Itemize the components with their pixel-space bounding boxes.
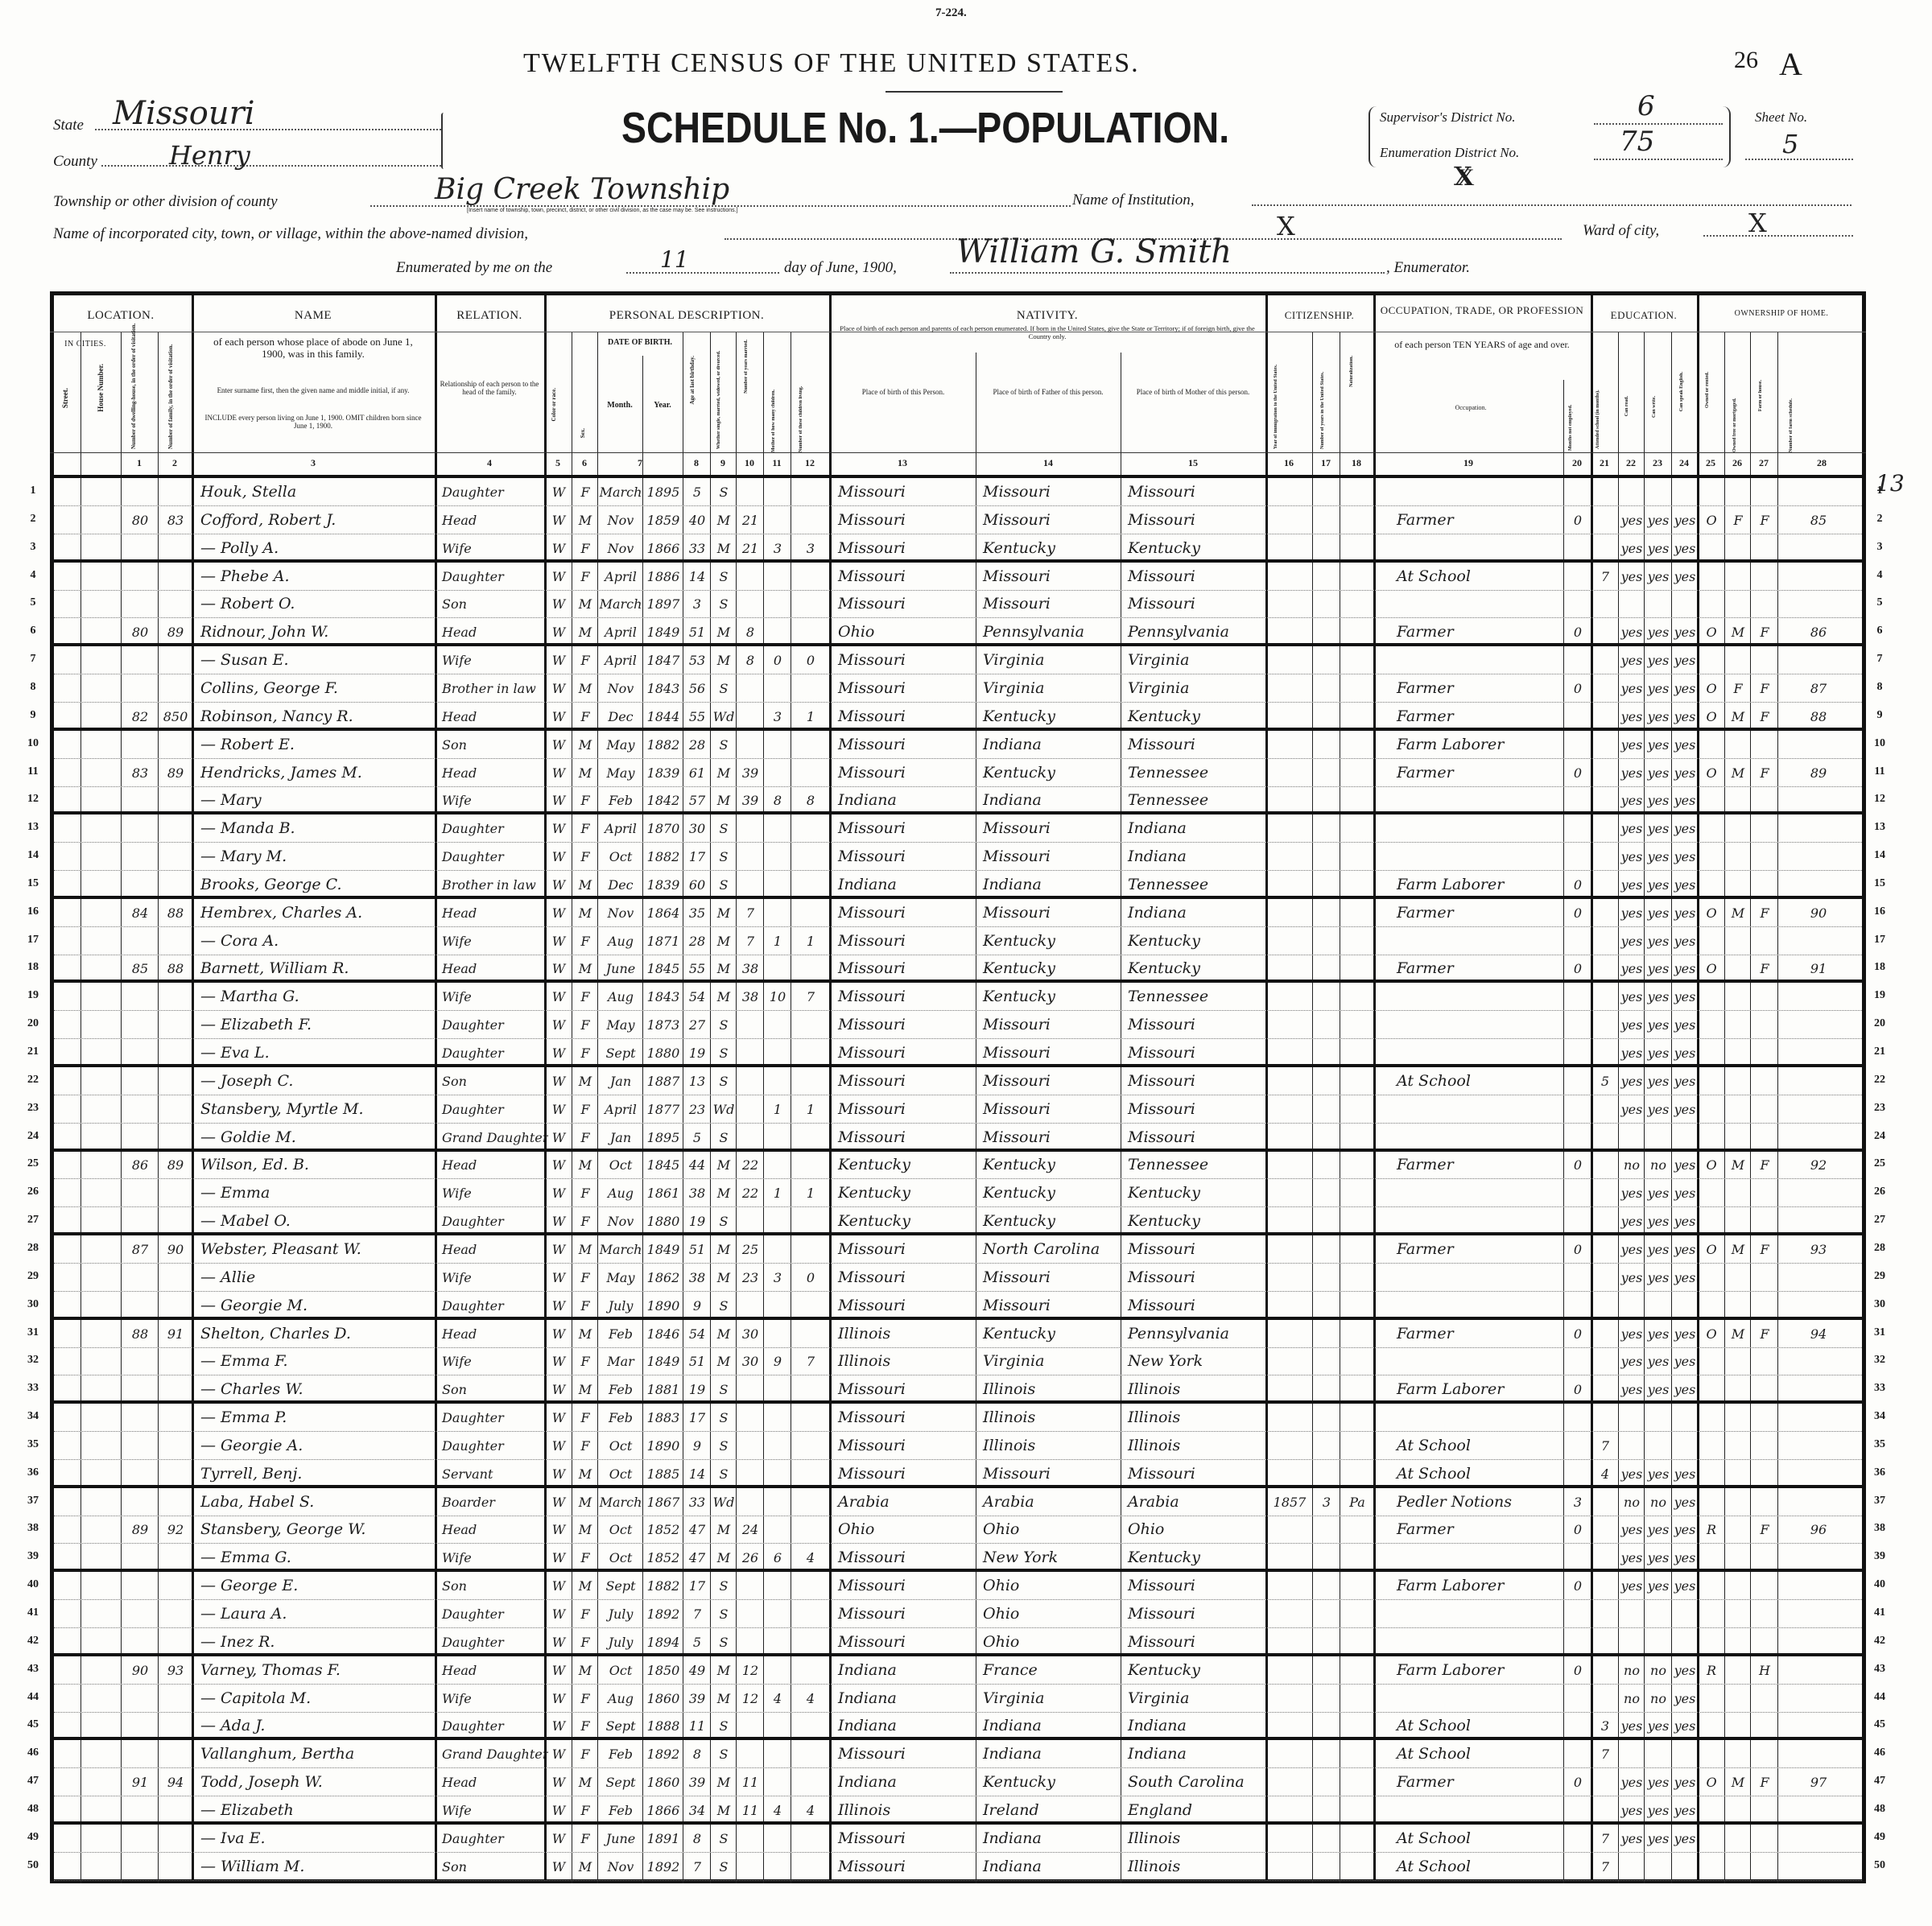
years-in-us[interactable] <box>1313 1517 1340 1542</box>
occupation[interactable] <box>1374 1209 1587 1234</box>
person-name[interactable]: — Goldie M. <box>196 1125 440 1150</box>
family-number[interactable] <box>159 1097 192 1122</box>
dwelling-number[interactable] <box>122 816 159 841</box>
race[interactable]: W <box>545 676 572 701</box>
can-read[interactable]: yes <box>1619 956 1645 981</box>
owned-or-rented[interactable]: O <box>1698 901 1725 926</box>
children-living[interactable]: 7 <box>791 1349 830 1374</box>
dwelling-number[interactable] <box>122 1069 159 1094</box>
farm-schedule-number[interactable] <box>1778 1630 1859 1655</box>
race[interactable]: W <box>545 1462 572 1487</box>
table-row[interactable]: 88 91 Shelton, Charles D. Head W M Feb 1… <box>54 1320 1862 1348</box>
birth-month[interactable]: Feb <box>598 1322 643 1347</box>
naturalization[interactable] <box>1340 1265 1374 1290</box>
speaks-english[interactable] <box>1672 1125 1698 1150</box>
birth-month[interactable]: March <box>598 1237 643 1262</box>
speaks-english[interactable] <box>1672 1433 1698 1458</box>
children-born[interactable] <box>764 1602 791 1627</box>
birth-month[interactable]: July <box>598 1602 643 1627</box>
naturalization[interactable] <box>1340 1153 1374 1177</box>
age[interactable]: 19 <box>683 1209 711 1234</box>
person-name[interactable]: — Mary <box>196 788 440 813</box>
years-married[interactable] <box>737 1405 764 1430</box>
birthplace-person[interactable]: Missouri <box>830 984 983 1009</box>
children-born[interactable] <box>764 816 791 841</box>
person-name[interactable]: — Emma G. <box>196 1545 440 1570</box>
children-born[interactable]: 4 <box>764 1686 791 1711</box>
free-or-mortgaged[interactable] <box>1725 1209 1751 1234</box>
relation[interactable]: Brother in law <box>439 676 548 701</box>
months-unemployed[interactable] <box>1564 1545 1591 1570</box>
age[interactable]: 38 <box>683 1181 711 1206</box>
can-write[interactable]: yes <box>1645 508 1672 533</box>
sex[interactable]: M <box>572 508 598 533</box>
years-in-us[interactable] <box>1313 1041 1340 1066</box>
marital-status[interactable]: S <box>711 480 737 505</box>
age[interactable]: 17 <box>683 844 711 869</box>
can-read[interactable] <box>1619 592 1645 617</box>
birthplace-mother[interactable]: Kentucky <box>1121 929 1273 954</box>
farm-or-house[interactable] <box>1751 564 1778 589</box>
children-living[interactable] <box>791 1770 830 1795</box>
birth-year[interactable]: 1880 <box>643 1041 683 1066</box>
occupation[interactable] <box>1374 1798 1587 1823</box>
family-number[interactable] <box>159 984 192 1009</box>
years-married[interactable]: 7 <box>737 901 764 926</box>
can-read[interactable] <box>1619 1602 1645 1627</box>
age[interactable]: 51 <box>683 620 711 645</box>
table-row[interactable]: 84 88 Hembrex, Charles A. Head W M Nov 1… <box>54 899 1862 927</box>
can-write[interactable]: yes <box>1645 648 1672 673</box>
table-row[interactable]: — William M. Son W M Nov 1892 7 S Missou… <box>54 1853 1862 1881</box>
dwelling-number[interactable] <box>122 1714 159 1738</box>
birthplace-person[interactable]: Missouri <box>830 1854 983 1879</box>
naturalization[interactable] <box>1340 704 1374 729</box>
birth-month[interactable]: May <box>598 1265 643 1290</box>
years-in-us[interactable] <box>1313 1265 1340 1290</box>
naturalization[interactable] <box>1340 536 1374 561</box>
table-row[interactable]: — Mary Wife W F Feb 1842 57 M 39 8 8 Ind… <box>54 786 1862 815</box>
naturalization[interactable] <box>1340 620 1374 645</box>
birth-year[interactable]: 1850 <box>643 1658 683 1683</box>
birth-year[interactable]: 1852 <box>643 1517 683 1542</box>
children-living[interactable] <box>791 1573 830 1598</box>
farm-or-house[interactable]: F <box>1751 1517 1778 1542</box>
can-write[interactable]: yes <box>1645 901 1672 926</box>
birth-year[interactable]: 1892 <box>643 1742 683 1767</box>
occupation[interactable] <box>1374 816 1587 841</box>
marital-status[interactable]: S <box>711 816 737 841</box>
speaks-english[interactable]: yes <box>1672 1209 1698 1234</box>
sheet-field[interactable]: 5 <box>1782 129 1798 159</box>
occupation[interactable] <box>1374 648 1587 673</box>
person-name[interactable]: — Mabel O. <box>196 1209 440 1234</box>
months-unemployed[interactable] <box>1564 1349 1591 1374</box>
owned-or-rented[interactable]: O <box>1698 1153 1725 1177</box>
farm-schedule-number[interactable]: 97 <box>1778 1770 1859 1795</box>
person-name[interactable]: — Eva L. <box>196 1041 440 1066</box>
family-number[interactable]: 850 <box>159 704 192 729</box>
race[interactable]: W <box>545 1349 572 1374</box>
school-months[interactable] <box>1591 761 1619 786</box>
occupation[interactable] <box>1374 788 1587 813</box>
table-row[interactable]: Collins, George F. Brother in law W M No… <box>54 674 1862 703</box>
birthplace-person[interactable]: Missouri <box>830 648 983 673</box>
can-write[interactable] <box>1645 592 1672 617</box>
owned-or-rented[interactable] <box>1698 1125 1725 1150</box>
farm-or-house[interactable] <box>1751 1630 1778 1655</box>
age[interactable]: 14 <box>683 564 711 589</box>
family-number[interactable]: 94 <box>159 1770 192 1795</box>
birthplace-person[interactable]: Missouri <box>830 1405 983 1430</box>
birthplace-father[interactable]: Indiana <box>976 872 1128 897</box>
farm-or-house[interactable] <box>1751 1041 1778 1066</box>
marital-status[interactable]: S <box>711 676 737 701</box>
immigration-year[interactable] <box>1266 1630 1313 1655</box>
age[interactable]: 54 <box>683 984 711 1009</box>
family-number[interactable] <box>159 1462 192 1487</box>
school-months[interactable] <box>1591 1377 1619 1402</box>
farm-or-house[interactable] <box>1751 1293 1778 1318</box>
birthplace-mother[interactable]: Kentucky <box>1121 1181 1273 1206</box>
birthplace-father[interactable]: Missouri <box>976 592 1128 617</box>
dwelling-number[interactable] <box>122 1097 159 1122</box>
speaks-english[interactable]: yes <box>1672 1770 1698 1795</box>
sex[interactable]: F <box>572 1545 598 1570</box>
birth-month[interactable]: May <box>598 1012 643 1037</box>
birthplace-mother[interactable]: Indiana <box>1121 901 1273 926</box>
school-months[interactable] <box>1591 816 1619 841</box>
person-name[interactable]: Cofford, Robert J. <box>196 508 440 533</box>
sex[interactable]: F <box>572 1714 598 1738</box>
birth-month[interactable]: Aug <box>598 929 643 954</box>
farm-schedule-number[interactable] <box>1778 984 1859 1009</box>
race[interactable]: W <box>545 844 572 869</box>
years-in-us[interactable] <box>1313 1798 1340 1823</box>
farm-schedule-number[interactable] <box>1778 1545 1859 1570</box>
birthplace-father[interactable]: Indiana <box>976 1826 1128 1851</box>
owned-or-rented[interactable] <box>1698 480 1725 505</box>
birth-month[interactable]: Feb <box>598 1742 643 1767</box>
years-married[interactable] <box>737 1433 764 1458</box>
marital-status[interactable]: M <box>711 1770 737 1795</box>
occupation[interactable] <box>1374 1097 1587 1122</box>
can-read[interactable]: yes <box>1619 732 1645 757</box>
age[interactable]: 27 <box>683 1012 711 1037</box>
person-name[interactable]: — Charles W. <box>196 1377 440 1402</box>
race[interactable]: W <box>545 1097 572 1122</box>
immigration-year[interactable] <box>1266 1462 1313 1487</box>
free-or-mortgaged[interactable] <box>1725 1265 1751 1290</box>
age[interactable]: 14 <box>683 1462 711 1487</box>
immigration-year[interactable] <box>1266 1349 1313 1374</box>
race[interactable]: W <box>545 1433 572 1458</box>
years-in-us[interactable] <box>1313 1377 1340 1402</box>
owned-or-rented[interactable]: O <box>1698 704 1725 729</box>
free-or-mortgaged[interactable]: F <box>1725 676 1751 701</box>
relation[interactable]: Head <box>439 1322 548 1347</box>
children-born[interactable] <box>764 1012 791 1037</box>
months-unemployed[interactable] <box>1564 1714 1591 1738</box>
sex[interactable]: M <box>572 761 598 786</box>
can-read[interactable]: yes <box>1619 1545 1645 1570</box>
school-months[interactable] <box>1591 536 1619 561</box>
can-write[interactable]: yes <box>1645 1012 1672 1037</box>
children-born[interactable]: 10 <box>764 984 791 1009</box>
person-name[interactable]: — George E. <box>196 1573 440 1598</box>
sex[interactable]: F <box>572 1041 598 1066</box>
school-months[interactable] <box>1591 872 1619 897</box>
birthplace-person[interactable]: Ohio <box>830 1517 983 1542</box>
farm-or-house[interactable] <box>1751 984 1778 1009</box>
marital-status[interactable]: S <box>711 1293 737 1318</box>
farm-schedule-number[interactable] <box>1778 1686 1859 1711</box>
owned-or-rented[interactable] <box>1698 564 1725 589</box>
school-months[interactable] <box>1591 620 1619 645</box>
farm-or-house[interactable] <box>1751 844 1778 869</box>
immigration-year[interactable] <box>1266 1041 1313 1066</box>
free-or-mortgaged[interactable] <box>1725 1293 1751 1318</box>
person-name[interactable]: — Mary M. <box>196 844 440 869</box>
relation[interactable]: Wife <box>439 1545 548 1570</box>
free-or-mortgaged[interactable]: M <box>1725 704 1751 729</box>
birthplace-mother[interactable]: Indiana <box>1121 816 1273 841</box>
age[interactable]: 49 <box>683 1658 711 1683</box>
school-months[interactable] <box>1591 901 1619 926</box>
birth-month[interactable]: Dec <box>598 872 643 897</box>
birthplace-person[interactable]: Missouri <box>830 1630 983 1655</box>
birthplace-mother[interactable]: Tennessee <box>1121 1153 1273 1177</box>
farm-or-house[interactable] <box>1751 1826 1778 1851</box>
family-number[interactable]: 93 <box>159 1658 192 1683</box>
months-unemployed[interactable] <box>1564 1012 1591 1037</box>
children-born[interactable] <box>764 592 791 617</box>
birth-year[interactable]: 1888 <box>643 1714 683 1738</box>
children-born[interactable] <box>764 1153 791 1177</box>
birthplace-person[interactable]: Missouri <box>830 761 983 786</box>
speaks-english[interactable]: yes <box>1672 1658 1698 1683</box>
race[interactable]: W <box>545 1069 572 1094</box>
table-row[interactable]: 86 89 Wilson, Ed. B. Head W M Oct 1845 4… <box>54 1151 1862 1179</box>
age[interactable]: 34 <box>683 1798 711 1823</box>
school-months[interactable] <box>1591 1293 1619 1318</box>
speaks-english[interactable]: yes <box>1672 1041 1698 1066</box>
school-months[interactable] <box>1591 1573 1619 1598</box>
race[interactable]: W <box>545 1153 572 1177</box>
months-unemployed[interactable] <box>1564 816 1591 841</box>
birth-year[interactable]: 1839 <box>643 872 683 897</box>
birthplace-person[interactable]: Missouri <box>830 1433 983 1458</box>
family-number[interactable] <box>159 788 192 813</box>
sex[interactable]: M <box>572 1377 598 1402</box>
can-read[interactable]: yes <box>1619 844 1645 869</box>
immigration-year[interactable] <box>1266 1433 1313 1458</box>
occupation[interactable]: At School <box>1374 564 1587 589</box>
birth-month[interactable]: Nov <box>598 1854 643 1879</box>
farm-schedule-number[interactable] <box>1778 1433 1859 1458</box>
naturalization[interactable] <box>1340 564 1374 589</box>
speaks-english[interactable]: yes <box>1672 761 1698 786</box>
school-months[interactable] <box>1591 676 1619 701</box>
occupation[interactable]: At School <box>1374 1854 1587 1879</box>
farm-schedule-number[interactable] <box>1778 1602 1859 1627</box>
speaks-english[interactable]: yes <box>1672 1349 1698 1374</box>
birth-month[interactable]: Feb <box>598 1405 643 1430</box>
years-married[interactable] <box>737 872 764 897</box>
years-in-us[interactable] <box>1313 1630 1340 1655</box>
family-number[interactable] <box>159 1602 192 1627</box>
birthplace-father[interactable]: Missouri <box>976 1012 1128 1037</box>
speaks-english[interactable]: yes <box>1672 648 1698 673</box>
birth-month[interactable]: Jan <box>598 1069 643 1094</box>
free-or-mortgaged[interactable] <box>1725 956 1751 981</box>
sex[interactable]: M <box>572 592 598 617</box>
dwelling-number[interactable] <box>122 929 159 954</box>
state-field[interactable]: Missouri <box>113 95 255 132</box>
birthplace-person[interactable]: Kentucky <box>830 1153 983 1177</box>
can-write[interactable]: yes <box>1645 956 1672 981</box>
immigration-year[interactable] <box>1266 1209 1313 1234</box>
free-or-mortgaged[interactable] <box>1725 1602 1751 1627</box>
dwelling-number[interactable] <box>122 1012 159 1037</box>
family-number[interactable] <box>159 1181 192 1206</box>
dwelling-number[interactable] <box>122 1209 159 1234</box>
dwelling-number[interactable]: 80 <box>122 620 159 645</box>
birthplace-person[interactable]: Indiana <box>830 1686 983 1711</box>
years-married[interactable]: 39 <box>737 761 764 786</box>
years-married[interactable] <box>737 1490 764 1515</box>
free-or-mortgaged[interactable] <box>1725 536 1751 561</box>
birthplace-mother[interactable]: Missouri <box>1121 1573 1273 1598</box>
free-or-mortgaged[interactable] <box>1725 1041 1751 1066</box>
sex[interactable]: F <box>572 1798 598 1823</box>
birth-year[interactable]: 1894 <box>643 1630 683 1655</box>
farm-or-house[interactable] <box>1751 788 1778 813</box>
family-number[interactable] <box>159 1798 192 1823</box>
birthplace-father[interactable]: Missouri <box>976 508 1128 533</box>
dwelling-number[interactable] <box>122 1742 159 1767</box>
school-months[interactable]: 7 <box>1591 1854 1619 1879</box>
marital-status[interactable]: S <box>711 1462 737 1487</box>
sex[interactable]: F <box>572 1125 598 1150</box>
speaks-english[interactable]: yes <box>1672 508 1698 533</box>
table-row[interactable]: Laba, Habel S. Boarder W M March 1867 33… <box>54 1488 1862 1516</box>
speaks-english[interactable]: yes <box>1672 872 1698 897</box>
birthplace-father[interactable]: Missouri <box>976 564 1128 589</box>
free-or-mortgaged[interactable] <box>1725 1573 1751 1598</box>
farm-schedule-number[interactable] <box>1778 1293 1859 1318</box>
months-unemployed[interactable] <box>1564 929 1591 954</box>
relation[interactable]: Daughter <box>439 844 548 869</box>
person-name[interactable]: — Elizabeth F. <box>196 1012 440 1037</box>
table-row[interactable]: 91 94 Todd, Joseph W. Head W M Sept 1860… <box>54 1768 1862 1796</box>
family-number[interactable]: 83 <box>159 508 192 533</box>
age[interactable]: 56 <box>683 676 711 701</box>
farm-schedule-number[interactable] <box>1778 816 1859 841</box>
birthplace-mother[interactable]: Missouri <box>1121 1125 1273 1150</box>
months-unemployed[interactable] <box>1564 648 1591 673</box>
children-born[interactable] <box>764 761 791 786</box>
farm-or-house[interactable] <box>1751 1349 1778 1374</box>
school-months[interactable]: 7 <box>1591 1742 1619 1767</box>
speaks-english[interactable]: yes <box>1672 564 1698 589</box>
immigration-year[interactable] <box>1266 984 1313 1009</box>
naturalization[interactable] <box>1340 1349 1374 1374</box>
age[interactable]: 11 <box>683 1714 711 1738</box>
months-unemployed[interactable] <box>1564 1209 1591 1234</box>
farm-schedule-number[interactable] <box>1778 1462 1859 1487</box>
sex[interactable]: M <box>572 1237 598 1262</box>
sex[interactable]: M <box>572 1153 598 1177</box>
months-unemployed[interactable] <box>1564 732 1591 757</box>
family-number[interactable] <box>159 1349 192 1374</box>
family-number[interactable] <box>159 1686 192 1711</box>
occupation[interactable] <box>1374 1686 1587 1711</box>
free-or-mortgaged[interactable] <box>1725 1798 1751 1823</box>
sex[interactable]: M <box>572 676 598 701</box>
age[interactable]: 19 <box>683 1041 711 1066</box>
birthplace-mother[interactable]: Illinois <box>1121 1854 1273 1879</box>
free-or-mortgaged[interactable] <box>1725 1181 1751 1206</box>
birth-month[interactable]: Oct <box>598 1153 643 1177</box>
family-number[interactable] <box>159 872 192 897</box>
naturalization[interactable] <box>1340 1237 1374 1262</box>
family-number[interactable] <box>159 1265 192 1290</box>
can-write[interactable]: yes <box>1645 620 1672 645</box>
speaks-english[interactable]: yes <box>1672 901 1698 926</box>
children-living[interactable] <box>791 592 830 617</box>
birth-month[interactable]: Sept <box>598 1770 643 1795</box>
naturalization[interactable] <box>1340 1293 1374 1318</box>
school-months[interactable] <box>1591 732 1619 757</box>
person-name[interactable]: Barnett, William R. <box>196 956 440 981</box>
relation[interactable]: Daughter <box>439 1041 548 1066</box>
race[interactable]: W <box>545 1826 572 1851</box>
birthplace-mother[interactable]: Missouri <box>1121 1012 1273 1037</box>
years-married[interactable]: 22 <box>737 1153 764 1177</box>
children-born[interactable] <box>764 1826 791 1851</box>
school-months[interactable]: 4 <box>1591 1462 1619 1487</box>
immigration-year[interactable] <box>1266 676 1313 701</box>
person-name[interactable]: — William M. <box>196 1854 440 1879</box>
birthplace-person[interactable]: Indiana <box>830 872 983 897</box>
dwelling-number[interactable] <box>122 1854 159 1879</box>
naturalization[interactable] <box>1340 984 1374 1009</box>
dwelling-number[interactable] <box>122 1405 159 1430</box>
age[interactable]: 60 <box>683 872 711 897</box>
birth-year[interactable]: 1890 <box>643 1293 683 1318</box>
years-in-us[interactable] <box>1313 1573 1340 1598</box>
can-write[interactable] <box>1645 1854 1672 1879</box>
race[interactable]: W <box>545 1237 572 1262</box>
can-write[interactable] <box>1645 1125 1672 1150</box>
table-row[interactable]: — Susan E. Wife W F April 1847 53 M 8 0 … <box>54 646 1862 674</box>
farm-or-house[interactable] <box>1751 648 1778 673</box>
naturalization[interactable] <box>1340 676 1374 701</box>
free-or-mortgaged[interactable]: M <box>1725 1237 1751 1262</box>
farm-schedule-number[interactable] <box>1778 1097 1859 1122</box>
family-number[interactable] <box>159 1630 192 1655</box>
dwelling-number[interactable]: 90 <box>122 1658 159 1683</box>
table-row[interactable]: Vallanghum, Bertha Grand Daughter W F Fe… <box>54 1740 1862 1768</box>
children-born[interactable] <box>764 1209 791 1234</box>
farm-or-house[interactable] <box>1751 536 1778 561</box>
children-born[interactable] <box>764 1462 791 1487</box>
years-in-us[interactable] <box>1313 704 1340 729</box>
children-born[interactable] <box>764 1377 791 1402</box>
marital-status[interactable]: S <box>711 1069 737 1094</box>
can-read[interactable]: yes <box>1619 1798 1645 1823</box>
